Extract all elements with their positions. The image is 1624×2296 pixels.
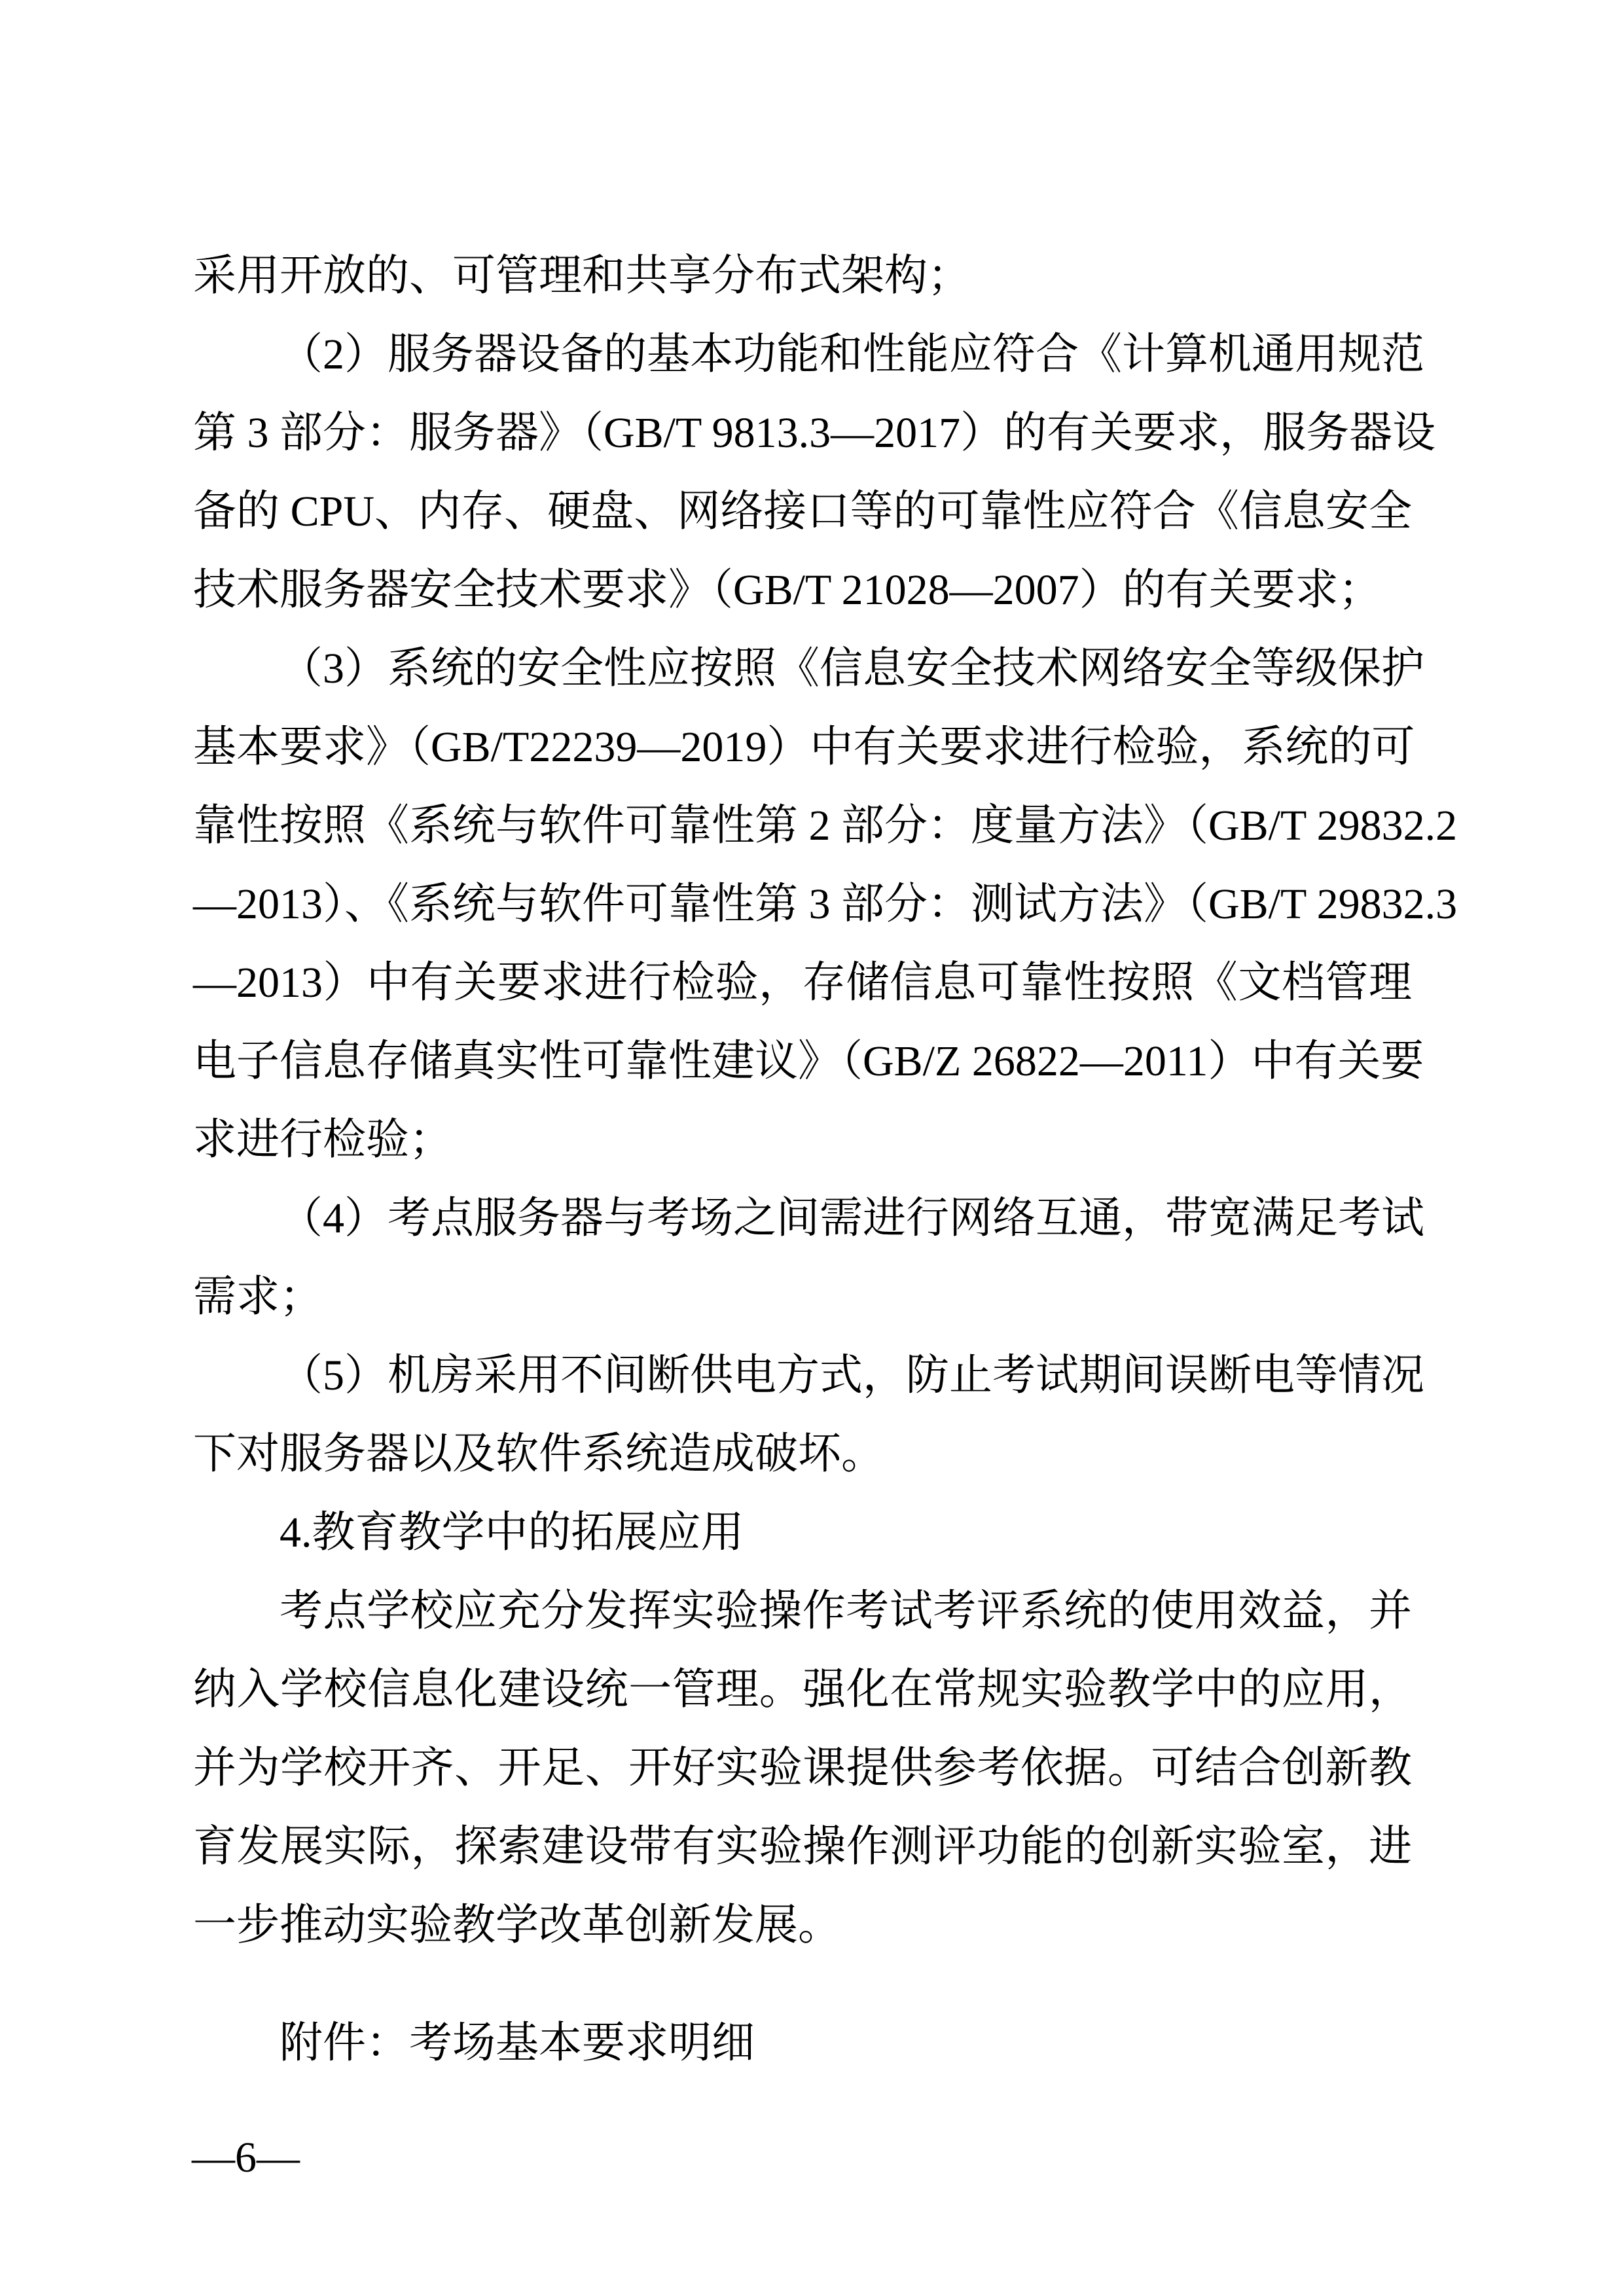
text-line: 电子信息存储真实性可靠性建议》（GB/Z 26822—2011）中有关要 xyxy=(193,1022,1412,1101)
document-page: 采用开放的、可管理和共享分布式架构；（2）服务器设备的基本功能和性能应符合《计算… xyxy=(0,0,1624,2296)
text-line: 备的 CPU、内存、硬盘、网络接口等的可靠性应符合《信息安全 xyxy=(193,473,1412,551)
text-line: （3）系统的安全性应按照《信息安全技术网络安全等级保护 xyxy=(193,630,1412,708)
text-line: 基本要求》（GB/T22239—2019）中有关要求进行检验，系统的可 xyxy=(193,708,1412,787)
text-line: 采用开放的、可管理和共享分布式架构； xyxy=(193,237,1412,315)
text-line: 4.教育教学中的拓展应用 xyxy=(193,1494,1412,1572)
text-line: 并为学校开齐、开足、开好实验课提供参考依据。可结合创新教 xyxy=(193,1729,1412,1808)
page-number: —6— xyxy=(192,2119,300,2197)
text-line: （5）机房采用不间断供电方式，防止考试期间误断电等情况 xyxy=(193,1336,1412,1415)
attachment-line: 附件：考场基本要求明细 xyxy=(193,2004,1412,2083)
text-line: （2）服务器设备的基本功能和性能应符合《计算机通用规范 xyxy=(193,315,1412,394)
text-line: 一步推动实验教学改革创新发展。 xyxy=(193,1886,1412,1965)
document-body: 采用开放的、可管理和共享分布式架构；（2）服务器设备的基本功能和性能应符合《计算… xyxy=(193,237,1412,2083)
text-line: 育发展实际，探索建设带有实验操作测评功能的创新实验室，进 xyxy=(193,1808,1412,1886)
text-line: 靠性按照《系统与软件可靠性第 2 部分：度量方法》（GB/T 29832.2 xyxy=(193,787,1412,865)
text-line: 技术服务器安全技术要求》（GB/T 21028—2007）的有关要求； xyxy=(193,551,1412,630)
text-line: （4）考点服务器与考场之间需进行网络互通，带宽满足考试 xyxy=(193,1179,1412,1258)
text-line: 求进行检验； xyxy=(193,1101,1412,1179)
text-line: 第 3 部分：服务器》（GB/T 9813.3—2017）的有关要求，服务器设 xyxy=(193,394,1412,473)
text-line: 需求； xyxy=(193,1258,1412,1336)
text-line: 纳入学校信息化建设统一管理。强化在常规实验教学中的应用， xyxy=(193,1651,1412,1729)
text-line: 下对服务器以及软件系统造成破坏。 xyxy=(193,1415,1412,1494)
text-line: 考点学校应充分发挥实验操作考试考评系统的使用效益，并 xyxy=(193,1572,1412,1651)
text-line: —2013）、《系统与软件可靠性第 3 部分：测试方法》（GB/T 29832.… xyxy=(193,865,1412,944)
text-line: —2013）中有关要求进行检验，存储信息可靠性按照《文档管理 xyxy=(193,944,1412,1022)
